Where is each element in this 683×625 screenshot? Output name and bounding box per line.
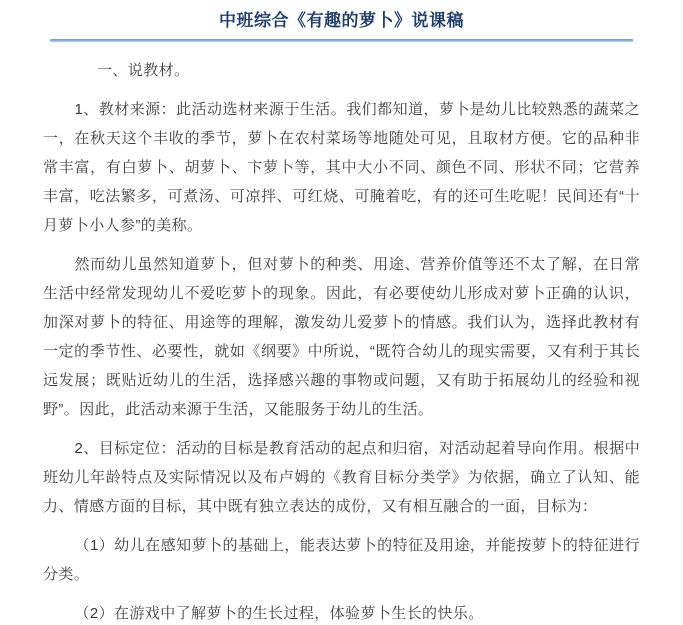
document-page: 中班综合《有趣的萝卜》说课稿 一、说教材。 1、教材来源：此活动选材来源于生活。… (0, 0, 683, 625)
paragraph-goal-2: （2）在游戏中了解萝卜的生长过程，体验萝卜生长的快乐。 (43, 599, 640, 625)
paragraph-rationale: 然而幼儿虽然知道萝卜，但对萝卜的种类、用途、营养价值等还不太了解，在日常生活中经… (43, 250, 640, 424)
paragraph-material-source: 1、教材来源：此活动选材来源于生活。我们都知道，萝卜是幼儿比较熟悉的蔬菜之一，在… (43, 95, 640, 240)
title-divider (50, 39, 633, 42)
section-heading-shuo-jiaocai: 一、说教材。 (43, 56, 640, 85)
document-title: 中班综合《有趣的萝卜》说课稿 (0, 0, 683, 33)
paragraph-goal-1: （1）幼儿在感知萝卜的基础上，能表达萝卜的特征及用途，并能按萝卜的特征进行分类。 (43, 531, 640, 589)
document-body: 一、说教材。 1、教材来源：此活动选材来源于生活。我们都知道，萝卜是幼儿比较熟悉… (43, 56, 640, 625)
paragraph-goal-positioning: 2、目标定位：活动的目标是教育活动的起点和归宿，对活动起着导向作用。根据中班幼儿… (43, 434, 640, 521)
